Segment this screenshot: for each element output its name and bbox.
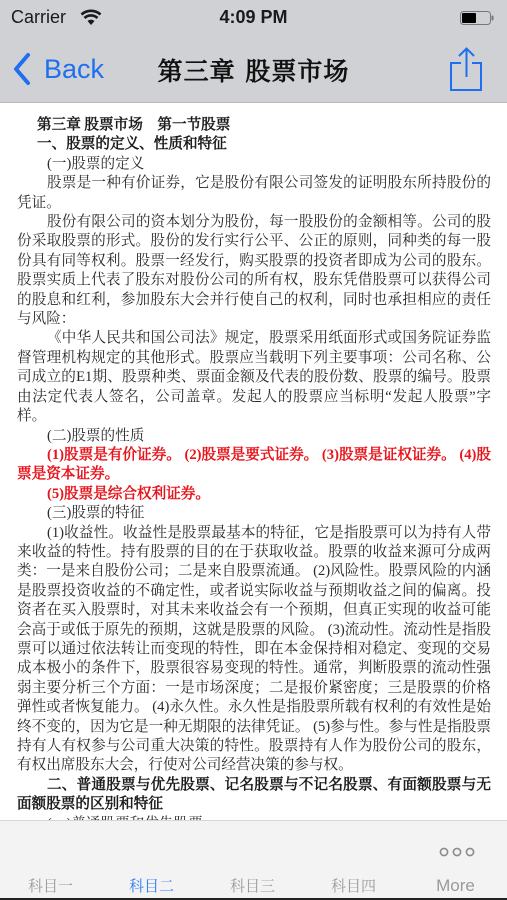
highlighted-paragraph: (5)股票是综合权利证券。 — [17, 485, 491, 504]
subsection-heading: (一)股票的定义 — [17, 155, 491, 174]
tab-label: 科目四 — [303, 875, 404, 896]
tab-subject-4[interactable]: 科目四 — [303, 821, 404, 899]
navigation-bar: Back 第三章 股票市场 — [0, 36, 507, 102]
tab-label: More — [404, 876, 507, 896]
more-dots-icon — [439, 847, 475, 857]
section-heading: 二、普通股票与优先股票、记名股票与不记名股票、有面额股票与无面额股票的区别和特征 — [17, 776, 491, 815]
page-title: 第三章 股票市场 — [0, 52, 507, 88]
tab-subject-2[interactable]: 科目二 — [101, 821, 202, 899]
chapter-text[interactable]: 第三章 股票市场 第一节股票 一、股票的定义、性质和特征 (一)股票的定义 股票… — [0, 102, 507, 820]
tab-label: 科目一 — [0, 875, 101, 896]
tab-more[interactable]: More — [404, 821, 507, 899]
tab-label: 科目二 — [101, 875, 202, 896]
tab-subject-1[interactable]: 科目一 — [0, 821, 101, 899]
subsection-heading: (二)股票的性质 — [17, 427, 491, 446]
body-paragraph: 股份有限公司的资本划分为股份，每一股股份的金额相等。公司的股份采取股票的形式。股… — [17, 213, 491, 329]
status-bar: Carrier 4:09 PM — [0, 0, 507, 36]
tab-label: 科目三 — [202, 875, 303, 896]
highlighted-paragraph: (1)股票是有价证券。 (2)股票是要式证券。 (3)股票是证权证券。 (4)股… — [17, 446, 491, 485]
share-button[interactable] — [448, 46, 486, 92]
top-bar: Carrier 4:09 PM Back 第三章 股票市场 — [0, 0, 507, 103]
section-heading: 一、股票的定义、性质和特征 — [17, 135, 491, 154]
clock: 4:09 PM — [0, 7, 507, 28]
body-paragraph: (1)收益性。收益性是股票最基本的特征，它是指股票可以为持有人带来收益的特性。持… — [17, 524, 491, 776]
tab-bar: 科目一 科目二 科目三 科目四 More — [0, 820, 507, 899]
body-paragraph: 《中华人民共和国公司法》规定，股票采用纸面形式或国务院证券监督管理机构规定的其他… — [17, 329, 491, 426]
battery-icon — [460, 11, 494, 25]
body-paragraph: 股票是一种有价证券，它是股份有限公司签发的证明股东所持股份的凭证。 — [17, 174, 491, 213]
subsection-heading: (三)股票的特征 — [17, 504, 491, 523]
chapter-heading: 第三章 股票市场 第一节股票 — [17, 116, 491, 135]
share-icon — [451, 49, 481, 91]
tab-subject-3[interactable]: 科目三 — [202, 821, 303, 899]
